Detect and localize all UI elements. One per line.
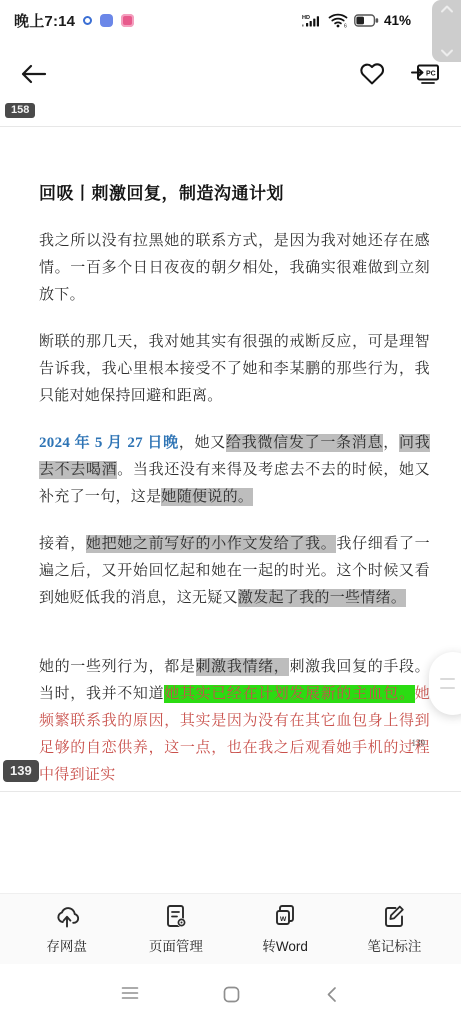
cell-signal-icon: HD: [299, 13, 323, 28]
text-segment-green-highlight-red: 她其实已经在计划发展新的主血包。: [164, 685, 414, 703]
toolbar-item-label: 转Word: [262, 935, 308, 955]
wifi-icon: 6: [328, 12, 349, 28]
word-convert-icon: w: [271, 903, 299, 930]
page-number-badge-top: 158: [5, 103, 35, 118]
chevron-up-icon[interactable]: [440, 5, 454, 13]
phone-screen: 晚上7:14 HD 6: [0, 0, 461, 1024]
status-left: 晚上7:14: [14, 10, 134, 31]
text-segment-normal: 我之所以没有拉黑她的联系方式，是因为我对她还存在感情。一百多个日日夜夜的朝夕相处…: [39, 233, 430, 303]
favorite-heart-icon[interactable]: [359, 62, 385, 86]
text-segment-blue-bold: 2024 年 5 月 27 日晚: [39, 435, 179, 451]
bottom-toolbar: 存网盘 页面管理 w 转Word 笔记标注: [0, 893, 461, 964]
wifi6-label: 6: [344, 24, 347, 29]
status-bar: 晚上7:14 HD 6: [0, 0, 461, 40]
page-manage-button[interactable]: 页面管理: [121, 903, 230, 955]
text-segment-normal: ，: [383, 435, 399, 451]
paragraph: 2024 年 5 月 27 日晚，她又给我微信发了一条消息，问我去不去喝酒。当我…: [39, 430, 430, 511]
text-segment-gray-highlight: 激发起了我的一些情绪。: [238, 589, 406, 607]
page-divider-top: [0, 126, 461, 127]
pc-label: PC: [426, 71, 436, 78]
text-segment-gray-highlight: 给我微信发了一条消息: [226, 434, 383, 452]
recents-menu-icon[interactable]: [118, 986, 142, 1000]
text-segment-normal: 她的一些列行为，都是: [39, 659, 196, 675]
nav-actions: PC: [359, 62, 441, 86]
notification-app-icon: [100, 14, 113, 27]
paragraph: 接着，她把她之前写好的小作文发给了我。我仔细看了一遍之后，又开始回忆起和她在一起…: [39, 531, 430, 612]
text-segment-normal: 接着，: [39, 536, 86, 552]
printed-page-number: 139: [412, 738, 426, 748]
note-annotate-icon: [380, 903, 408, 930]
note-annotate-button[interactable]: 笔记标注: [340, 903, 449, 955]
home-square-icon[interactable]: [219, 986, 243, 1003]
paragraph: 她的一些列行为，都是刺激我情绪，刺激我回复的手段。当时，我并不知道她其实已经在计…: [39, 654, 430, 789]
floating-menu-handle[interactable]: [429, 652, 461, 715]
w-glyph: w: [279, 914, 287, 923]
text-segment-gray-highlight: 刺激我情绪，: [196, 658, 290, 676]
save-to-cloud-button[interactable]: 存网盘: [12, 903, 121, 955]
page-divider-bottom: [0, 791, 461, 792]
handle-line: [440, 687, 455, 689]
document-page: 回吸丨刺激回复，制造沟通计划 我之所以没有拉黑她的联系方式，是因为我对她还存在感…: [39, 182, 430, 789]
paragraph: 我之所以没有拉黑她的联系方式，是因为我对她还存在感情。一百多个日日夜夜的朝夕相处…: [39, 228, 430, 309]
text-segment-gray-highlight: 她随便说的。: [161, 488, 253, 506]
toolbar-item-label: 存网盘: [46, 935, 87, 955]
toolbar-item-label: 笔记标注: [367, 935, 421, 955]
convert-to-word-button[interactable]: w 转Word: [231, 903, 340, 955]
page-number-badge-bottom: 139: [3, 760, 39, 782]
page-manage-icon: [162, 903, 190, 930]
text-segment-gray-highlight: 她把她之前写好的小作文发给了我。: [86, 535, 336, 553]
back-chevron-icon[interactable]: [319, 986, 343, 1003]
toolbar-item-label: 页面管理: [149, 935, 203, 955]
status-right: HD 6 41%: [299, 12, 447, 28]
app-nav-bar: PC: [0, 48, 461, 100]
paragraph: 断联的那几天，我对她其实有很强的戒断反应，可是理智告诉我，我心里根本接受不了她和…: [39, 329, 430, 410]
text-segment-normal: ，她又: [179, 435, 226, 451]
hd-label: HD: [302, 15, 310, 21]
back-arrow-icon[interactable]: [20, 63, 47, 85]
document-title: 回吸丨刺激回复，制造沟通计划: [39, 182, 430, 206]
send-to-pc-icon[interactable]: PC: [411, 62, 441, 86]
battery-icon: [354, 14, 379, 27]
text-segment-normal: 断联的那几天，我对她其实有很强的戒断反应，可是理智告诉我，我心里根本接受不了她和…: [39, 334, 430, 404]
system-nav-bar: [0, 964, 461, 1024]
handle-line: [440, 678, 455, 680]
notification-app-icon-2: [121, 14, 134, 27]
clock-text: 晚上7:14: [14, 10, 75, 31]
battery-percent-text: 41%: [384, 13, 411, 28]
cloud-upload-icon: [53, 903, 81, 930]
notification-circle-icon: [83, 16, 92, 25]
